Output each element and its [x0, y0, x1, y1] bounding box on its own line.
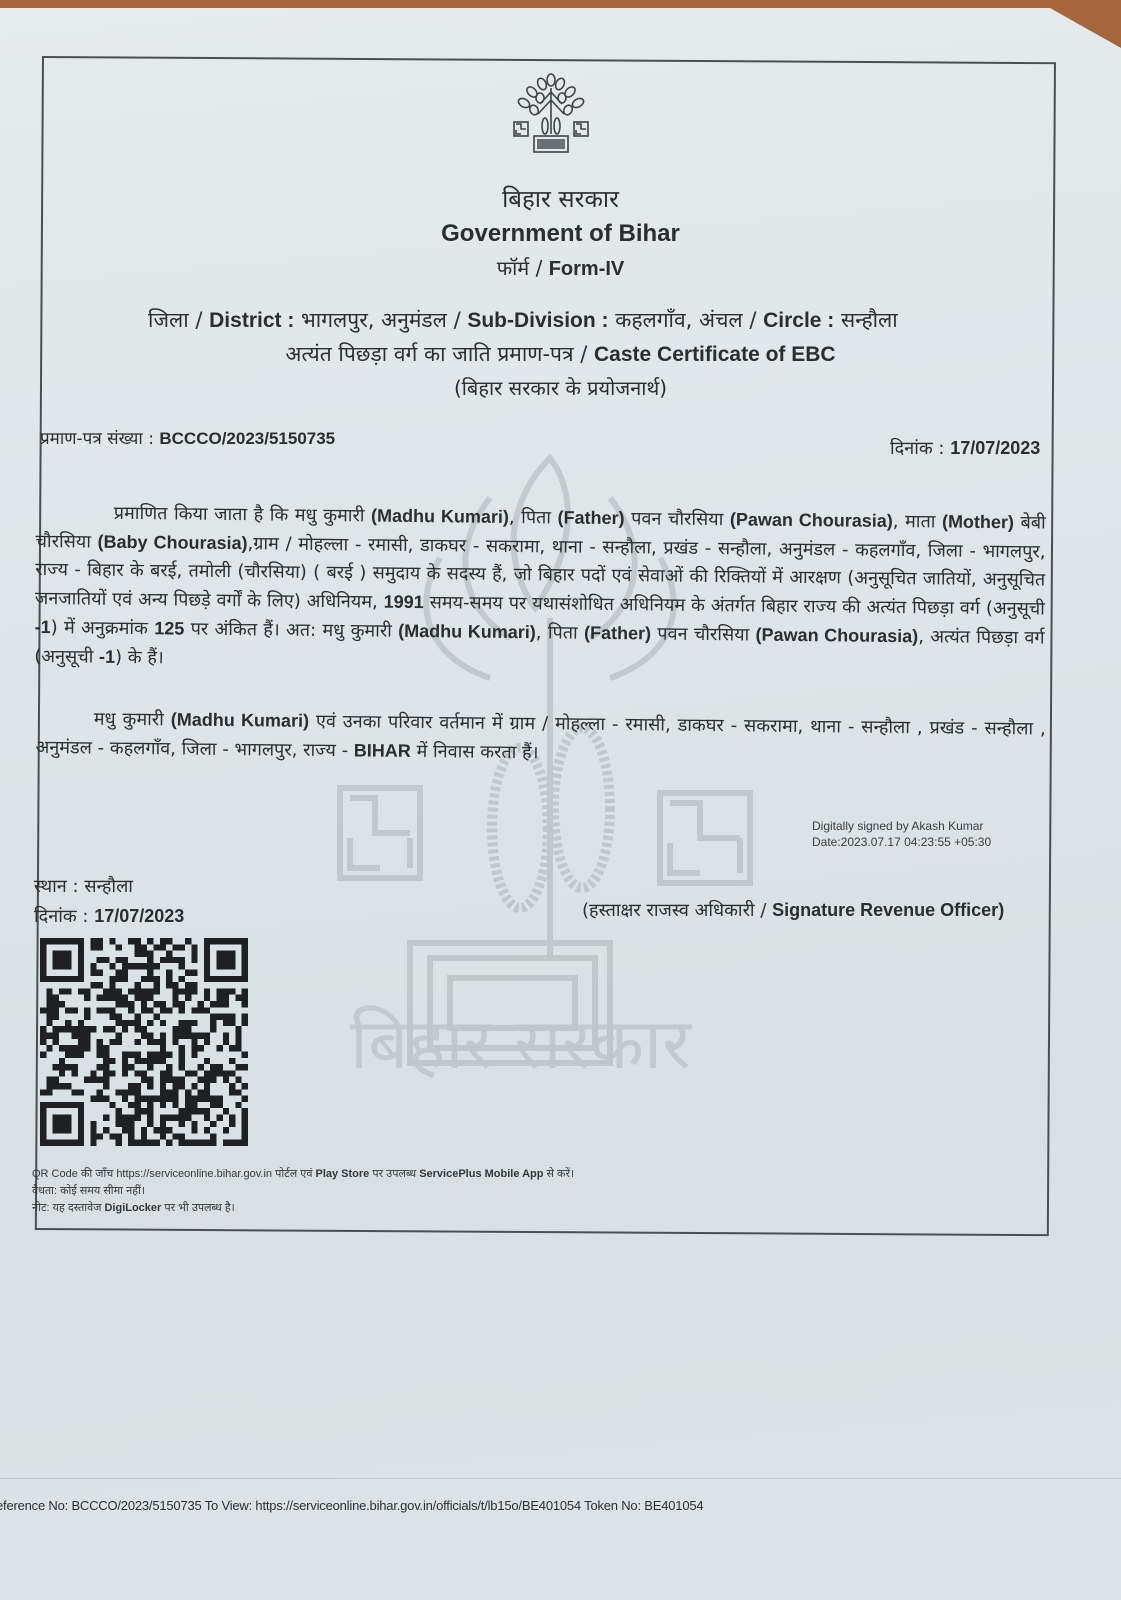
digilocker-note: नोट: यह दस्तावेज DigiLocker पर भी उपलब्ध…: [32, 1200, 574, 1217]
note-digilocker: DigiLocker: [104, 1202, 161, 1214]
place-value: सन्हौला: [84, 876, 133, 897]
certificate-title-english: Caste Certificate of EBC: [594, 343, 836, 366]
footer-date-label: दिनांक :: [34, 906, 88, 927]
footer-date-line: दिनांक : 17/07/2023: [34, 904, 184, 928]
place-label: स्थान :: [34, 876, 79, 897]
certificate-purpose: (बिहार सरकार के प्रयोजनार्थ): [0, 374, 1121, 401]
footer-date-value: 17/07/2023: [94, 906, 184, 926]
paper-fold-line: [0, 1478, 1121, 1479]
government-title-english: Government of Bihar: [0, 220, 1121, 248]
circle-value: सन्हौला: [841, 308, 898, 332]
signature-line: (हस्ताक्षर राजस्व अधिकारी / Signature Re…: [582, 898, 1004, 922]
note-text: पर भी उपलब्ध है।: [161, 1202, 235, 1214]
note-text: से करें।: [543, 1168, 574, 1180]
digital-signature-signer: Digitally signed by Akash Kumar: [812, 818, 991, 834]
note-text: पर उपलब्ध: [369, 1168, 419, 1180]
digital-signature-block: Digitally signed by Akash Kumar Date:202…: [812, 818, 991, 850]
bihar-emblem-icon: [510, 70, 592, 158]
district-value: भागलपुर,: [301, 308, 374, 332]
note-app-name: ServicePlus Mobile App: [419, 1168, 543, 1180]
residence-paragraph: मधु कुमारी (Madhu Kumari) एवं उनका परिवा…: [35, 704, 1046, 773]
signature-label-english: Signature Revenue Officer): [772, 900, 1004, 920]
digital-signature-date: Date:2023.07.17 04:23:55 +05:30: [812, 834, 991, 850]
form-number: फॉर्म / Form-IV: [0, 254, 1121, 281]
note-text: नोट: यह दस्तावेज: [32, 1202, 104, 1214]
certification-paragraph: प्रमाणित किया जाता है कि मधु कुमारी (Mad…: [34, 498, 1046, 682]
form-label-english: Form-IV: [549, 258, 625, 280]
note-play-store: Play Store: [316, 1168, 370, 1180]
note-text: QR Code की जाँच https://serviceonline.bi…: [32, 1168, 316, 1180]
circle-label-hindi: अंचल /: [699, 308, 756, 332]
qr-verification-note: QR Code की जाँच https://serviceonline.bi…: [32, 1166, 574, 1183]
certificate-paper: बिहार सरकार बिहार सरकार Governme: [0, 8, 1121, 1600]
certificate-number-label: प्रमाण-पत्र संख्या :: [40, 429, 154, 449]
form-label-hindi: फॉर्म /: [497, 256, 543, 280]
certificate-title: अत्यंत पिछड़ा वर्ग का जाति प्रमाण-पत्र /…: [0, 340, 1121, 368]
jurisdiction-line: जिला / District : भागलपुर, अनुमंडल / Sub…: [148, 306, 898, 334]
subdivision-label: Sub-Division :: [467, 309, 608, 332]
district-label-hindi: जिला /: [148, 308, 202, 332]
qr-code-icon[interactable]: [40, 938, 248, 1146]
certificate-title-hindi: अत्यंत पिछड़ा वर्ग का जाति प्रमाण-पत्र /: [285, 342, 587, 366]
subdivision-label-hindi: अनुमंडल /: [381, 308, 460, 332]
circle-label: Circle :: [763, 309, 834, 332]
validity-note: वैधता: कोई समय सीमा नहीं।: [32, 1183, 574, 1200]
issue-date-value: 17/07/2023: [950, 438, 1040, 458]
district-label: District :: [209, 309, 294, 332]
reference-line: eference No: BCCCO/2023/5150735 To View:…: [0, 1498, 703, 1513]
issue-date-label: दिनांक :: [890, 438, 944, 459]
issue-date: दिनांक : 17/07/2023: [890, 436, 1040, 460]
signature-label-hindi: (हस्ताक्षर राजस्व अधिकारी /: [582, 900, 766, 921]
subdivision-value: कहलगाँव,: [615, 308, 692, 332]
verification-notes: QR Code की जाँच https://serviceonline.bi…: [32, 1166, 574, 1217]
certificate-number: प्रमाण-पत्र संख्या : BCCCO/2023/5150735: [40, 426, 335, 449]
place-line: स्थान : सन्हौला: [34, 874, 133, 898]
government-title-hindi: बिहार सरकार: [0, 182, 1121, 215]
certificate-number-value: BCCCO/2023/5150735: [159, 429, 335, 448]
